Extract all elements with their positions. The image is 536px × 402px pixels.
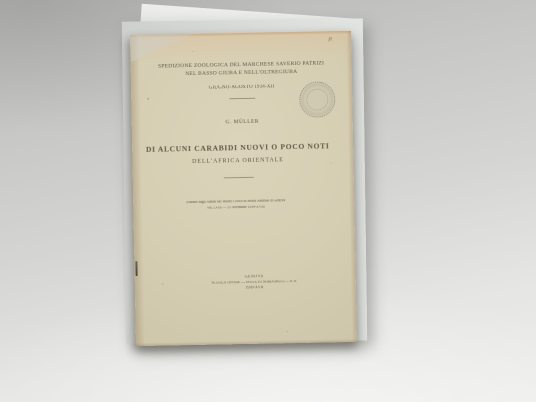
main-title-line2: DELL'AFRICA ORIENTALE (127, 156, 348, 166)
library-stamp-inner-ring (304, 86, 331, 113)
divider-rule-middle (223, 177, 253, 179)
divider-rule-top (229, 98, 255, 99)
sleeve-corner-flap (130, 34, 195, 62)
pencil-mark: P. (328, 36, 352, 43)
foxing-speck (147, 98, 149, 100)
extract-note-line2: Vol. LVIII — 15 Novembre 1939-XVIII (156, 205, 315, 212)
author-name: G. MÜLLER (132, 117, 353, 127)
booklet-cover: P. SPEDIZIONE ZOOLOGICA DEL MARCHESE SAV… (130, 31, 357, 346)
foxing-speck (331, 162, 332, 163)
foxing-speck (192, 51, 193, 52)
cover-edge-toning (130, 31, 357, 346)
main-title-line1: DI ALCUNI CARABIDI NUOVI O POCO NOTI (127, 141, 348, 154)
foxing-speck (162, 284, 164, 285)
photo-backdrop: P. SPEDIZIONE ZOOLOGICA DEL MARCHESE SAV… (0, 0, 536, 402)
staple (135, 261, 137, 276)
foxing-speck (287, 331, 288, 332)
